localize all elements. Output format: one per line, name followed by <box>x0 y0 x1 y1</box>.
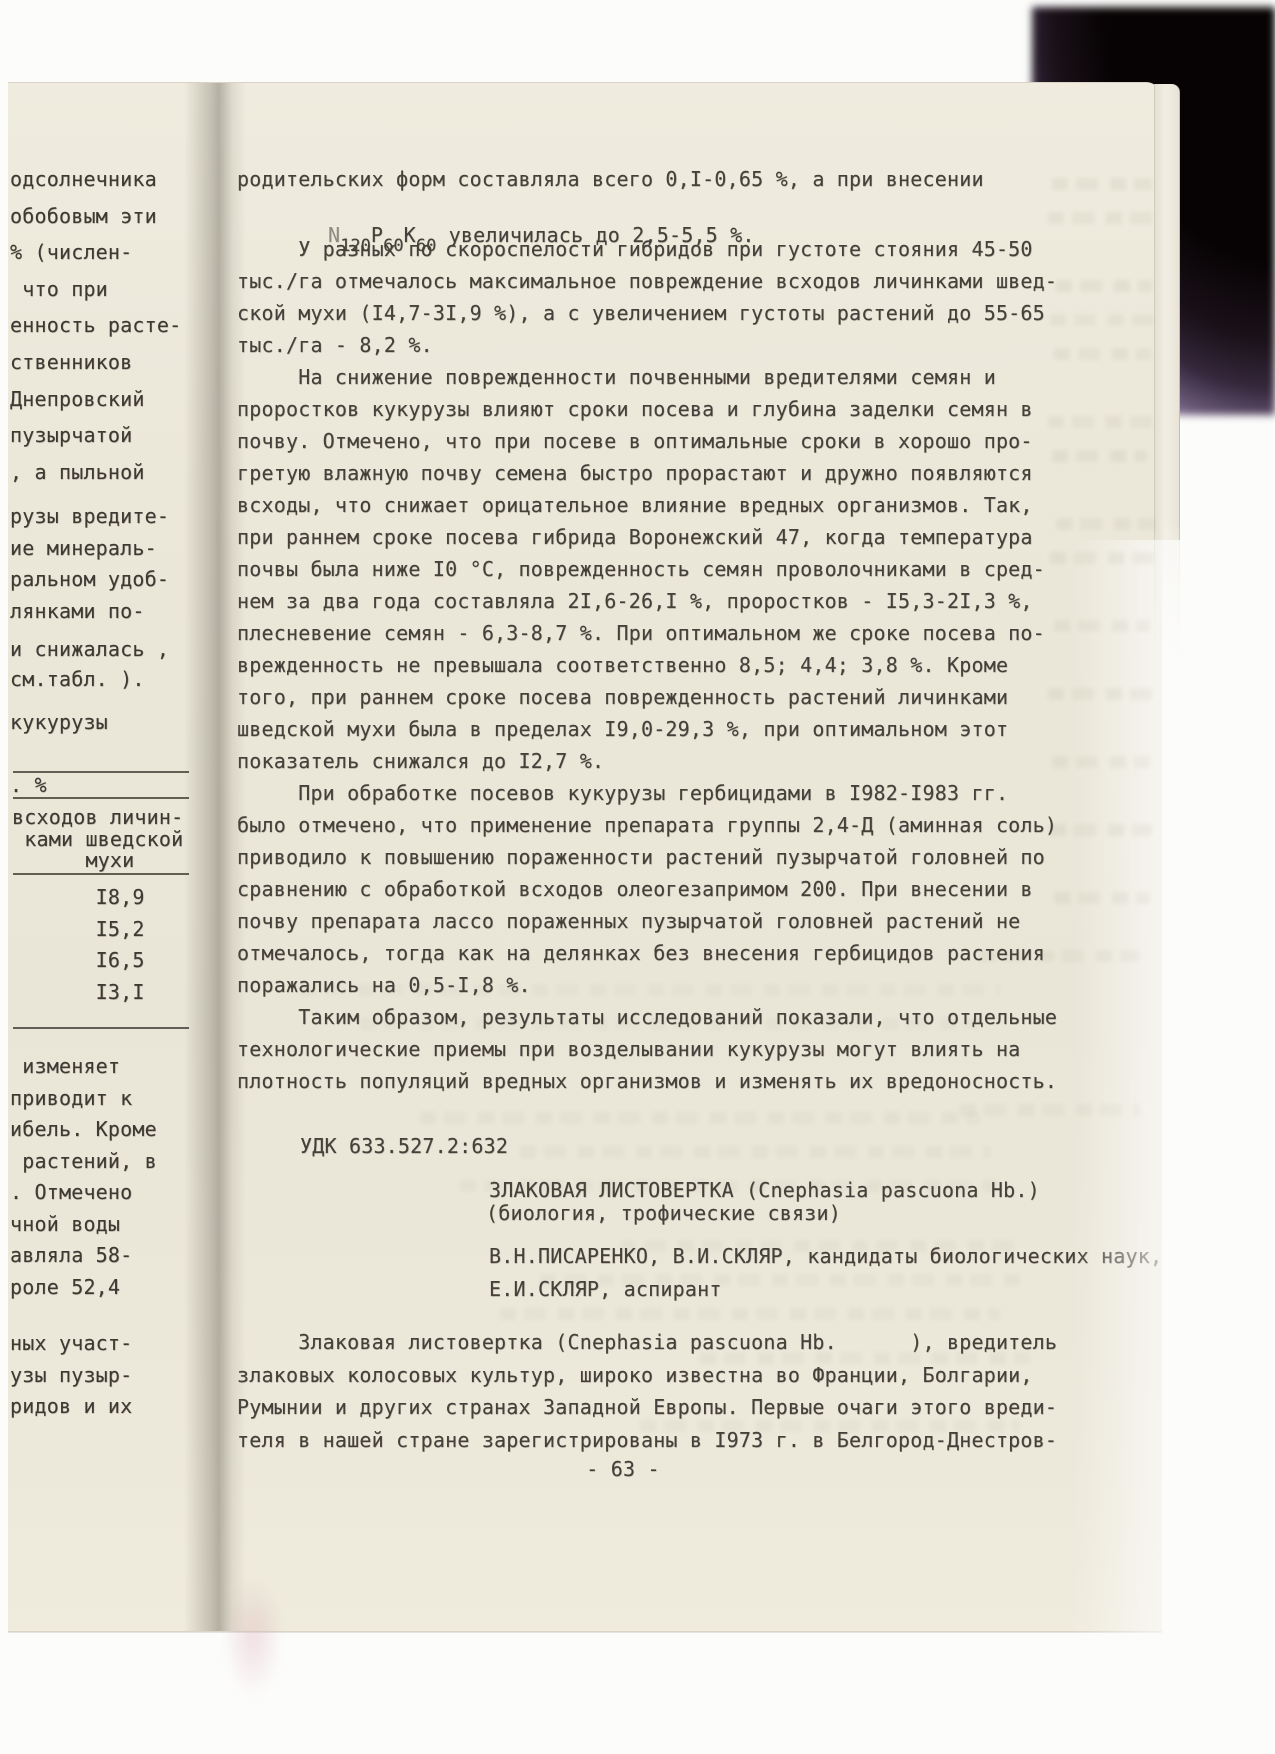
text-line: плотность популяций вредных организмов и… <box>237 1065 1057 1097</box>
text-line: отмечалось, тогда как на делянках без вн… <box>237 937 1057 969</box>
text-line: ственников <box>10 344 181 381</box>
text-line: I5,2 <box>10 914 145 946</box>
pink-smudge <box>223 1578 283 1698</box>
text-line: . Отмечено <box>10 1177 157 1209</box>
text-line: На снижение поврежденности почвенными вр… <box>237 361 1057 393</box>
bleedthrough-ghost-line <box>1050 824 1152 836</box>
text-line: шведской мухи была в пределах I9,0-29,3 … <box>237 713 1057 745</box>
bleedthrough-ghost-line <box>520 1146 990 1158</box>
text-line: было отмечено, что применение препарата … <box>237 809 1057 841</box>
text-line: гретую влажную почву семена быстро прора… <box>237 457 1057 489</box>
bleedthrough-ghost-line <box>980 950 1140 962</box>
body-paragraphs: У разных по скороспелости гибридов при г… <box>237 233 1057 1097</box>
bleedthrough-ghost-line <box>1052 450 1147 462</box>
text-line: ридов и их <box>10 1391 132 1423</box>
bleedthrough-ghost-line <box>1056 280 1152 292</box>
bleedthrough-ghost-line <box>1054 892 1150 904</box>
bleedthrough-ghost-line <box>1052 178 1152 190</box>
text-line: У разных по скороспелости гибридов при г… <box>237 233 1057 265</box>
text-line: того, при раннем сроке посева поврежденн… <box>237 681 1057 713</box>
text-line: обобовым эти <box>10 198 181 235</box>
table-rule-mid <box>13 873 189 875</box>
text-line: Днепровский <box>10 381 181 418</box>
text-line: авляла 58- <box>10 1240 157 1272</box>
table-rule-top-2 <box>13 797 189 799</box>
scanned-book-photo: одсолнечникаобобовым эти% (числен- что п… <box>0 0 1275 1754</box>
bleedthrough-ghost-line <box>360 1018 980 1030</box>
text-line: растений, в <box>10 1146 157 1178</box>
text-line: ской мухи (I4,7-3I,9 %), а с увеличением… <box>237 297 1057 329</box>
bleedthrough-ghost-line <box>960 1104 1140 1116</box>
bleedthrough-ghost-line <box>500 1308 1000 1320</box>
bleedthrough-ghost-line <box>300 984 1000 996</box>
text-line: ных участ- <box>10 1328 132 1360</box>
text-line: ибель. Кроме <box>10 1114 157 1146</box>
text-line: роле 52,4 <box>10 1272 157 1304</box>
bleedthrough-ghost-line <box>1048 416 1154 428</box>
bleedthrough-ghost-line <box>540 1274 1020 1286</box>
text-line: одсолнечника <box>10 161 181 198</box>
text-line: При обработке посевов кукурузы гербицида… <box>237 777 1057 809</box>
text-line: I3,I <box>10 977 145 1009</box>
text-line: см.табл. ). <box>10 664 169 694</box>
bleedthrough-ghost-line <box>1048 212 1156 224</box>
text-line: всходов личин- <box>12 807 183 829</box>
text-line: врежденность не превышала соответственно… <box>237 649 1057 681</box>
text-line: что при <box>10 271 181 308</box>
text-line: чной воды <box>10 1209 157 1241</box>
bleedthrough-ghost-line <box>1054 620 1150 632</box>
text-line: нем за два года составляла 2I,6-26,I %, … <box>237 585 1057 617</box>
text-line: лянками по- <box>10 596 169 628</box>
text-line: приводило к повышению пораженности расте… <box>237 841 1057 873</box>
text-line: ральном удоб- <box>10 564 169 596</box>
left-column-block-3: и снижалась ,см.табл. ). <box>10 634 169 694</box>
text-line: показатель снижался до I2,7 %. <box>237 745 1057 777</box>
bleedthrough-ghost-line <box>1052 756 1150 768</box>
text-line: почву. Отмечено, что при посеве в оптима… <box>237 425 1057 457</box>
bleedthrough-ghost-line <box>700 1352 1030 1364</box>
text-line: почву препарата лассо пораженных пузырча… <box>237 905 1057 937</box>
text-line: узы пузыр- <box>10 1360 132 1392</box>
text-line: ками шведской <box>12 829 183 851</box>
table-rule-bottom <box>13 1027 189 1029</box>
text-line: , а пыльной <box>10 454 181 491</box>
text-line: рузы вредите- <box>10 501 169 533</box>
text-line: изменяет <box>10 1051 157 1083</box>
closing-paragraph: Злаковая листовертка (Cnephasia pascuona… <box>237 1326 1057 1457</box>
text-line: технологические приемы при возделывании … <box>237 1033 1057 1065</box>
bleedthrough-ghost-line <box>460 1180 1000 1192</box>
text-line: сравнению с обработкой всходов олеогезап… <box>237 873 1057 905</box>
text-line: почвы была ниже I0 °С, поврежденность се… <box>237 553 1057 585</box>
bleedthrough-ghost-line <box>1048 688 1152 700</box>
overexposed-fade <box>1072 540 1275 1640</box>
text-line: мухи <box>12 850 183 872</box>
bleedthrough-ghost-line <box>1050 314 1154 326</box>
text-line: тыс./га - 8,2 %. <box>237 329 1057 361</box>
left-column-block-2: рузы вредите-ие минераль-ральном удоб-ля… <box>10 501 169 627</box>
left-column-block-5: изменяетприводит кибель. Кроме растений,… <box>10 1051 157 1303</box>
bleedthrough-ghost-line <box>640 1420 1020 1432</box>
book-gutter-shadow <box>184 83 246 1631</box>
text-line: ие минераль- <box>10 533 169 565</box>
left-column-block-4: кукурузы <box>10 707 108 737</box>
table-header: всходов личин- ками шведской мухи <box>12 807 183 872</box>
text-line: при раннем сроке посева гибрида Воронежс… <box>237 521 1057 553</box>
text-line: проростков кукурузы влияют сроки посева … <box>237 393 1057 425</box>
text-line: кукурузы <box>10 707 108 737</box>
article-title-line2: (биология, трофические связи) <box>486 1201 841 1225</box>
body-line-1: родительских форм составляла всего 0,I-0… <box>237 167 984 191</box>
text-line: и снижалась , <box>10 634 169 664</box>
table-values: I8,9 I5,2 I6,5 I3,I <box>10 882 145 1009</box>
text-line: I8,9 <box>10 882 145 914</box>
text-line: енность расте- <box>10 307 181 344</box>
udc-number: УДК 633.527.2:632 <box>300 1134 508 1158</box>
bleedthrough-ghost-line <box>620 1240 1020 1252</box>
text-line: % (числен- <box>10 234 181 271</box>
page-number: - 63 - <box>548 1457 698 1481</box>
bleedthrough-ghost-line <box>1050 552 1158 564</box>
text-line: плесневение семян - 6,3-8,7 %. При оптим… <box>237 617 1057 649</box>
book-page-spread: одсолнечникаобобовым эти% (числен- что п… <box>8 82 1162 1632</box>
left-column-block-1: одсолнечникаобобовым эти% (числен- что п… <box>10 161 181 490</box>
bleedthrough-ghost-line <box>420 1112 980 1124</box>
bleedthrough-ghost-line <box>1054 348 1152 360</box>
bleedthrough-ghost-line <box>1056 518 1156 530</box>
text-line: тыс./га отмечалось максимальное поврежде… <box>237 265 1057 297</box>
text-line: всходы, что снижает орицательное влияние… <box>237 489 1057 521</box>
text-line: приводит к <box>10 1083 157 1115</box>
table-corner-label: . % <box>10 773 47 797</box>
text-line: пузырчатой <box>10 417 181 454</box>
left-column-block-6: ных участ-узы пузыр-ридов и их <box>10 1328 132 1423</box>
text-line: I6,5 <box>10 945 145 977</box>
